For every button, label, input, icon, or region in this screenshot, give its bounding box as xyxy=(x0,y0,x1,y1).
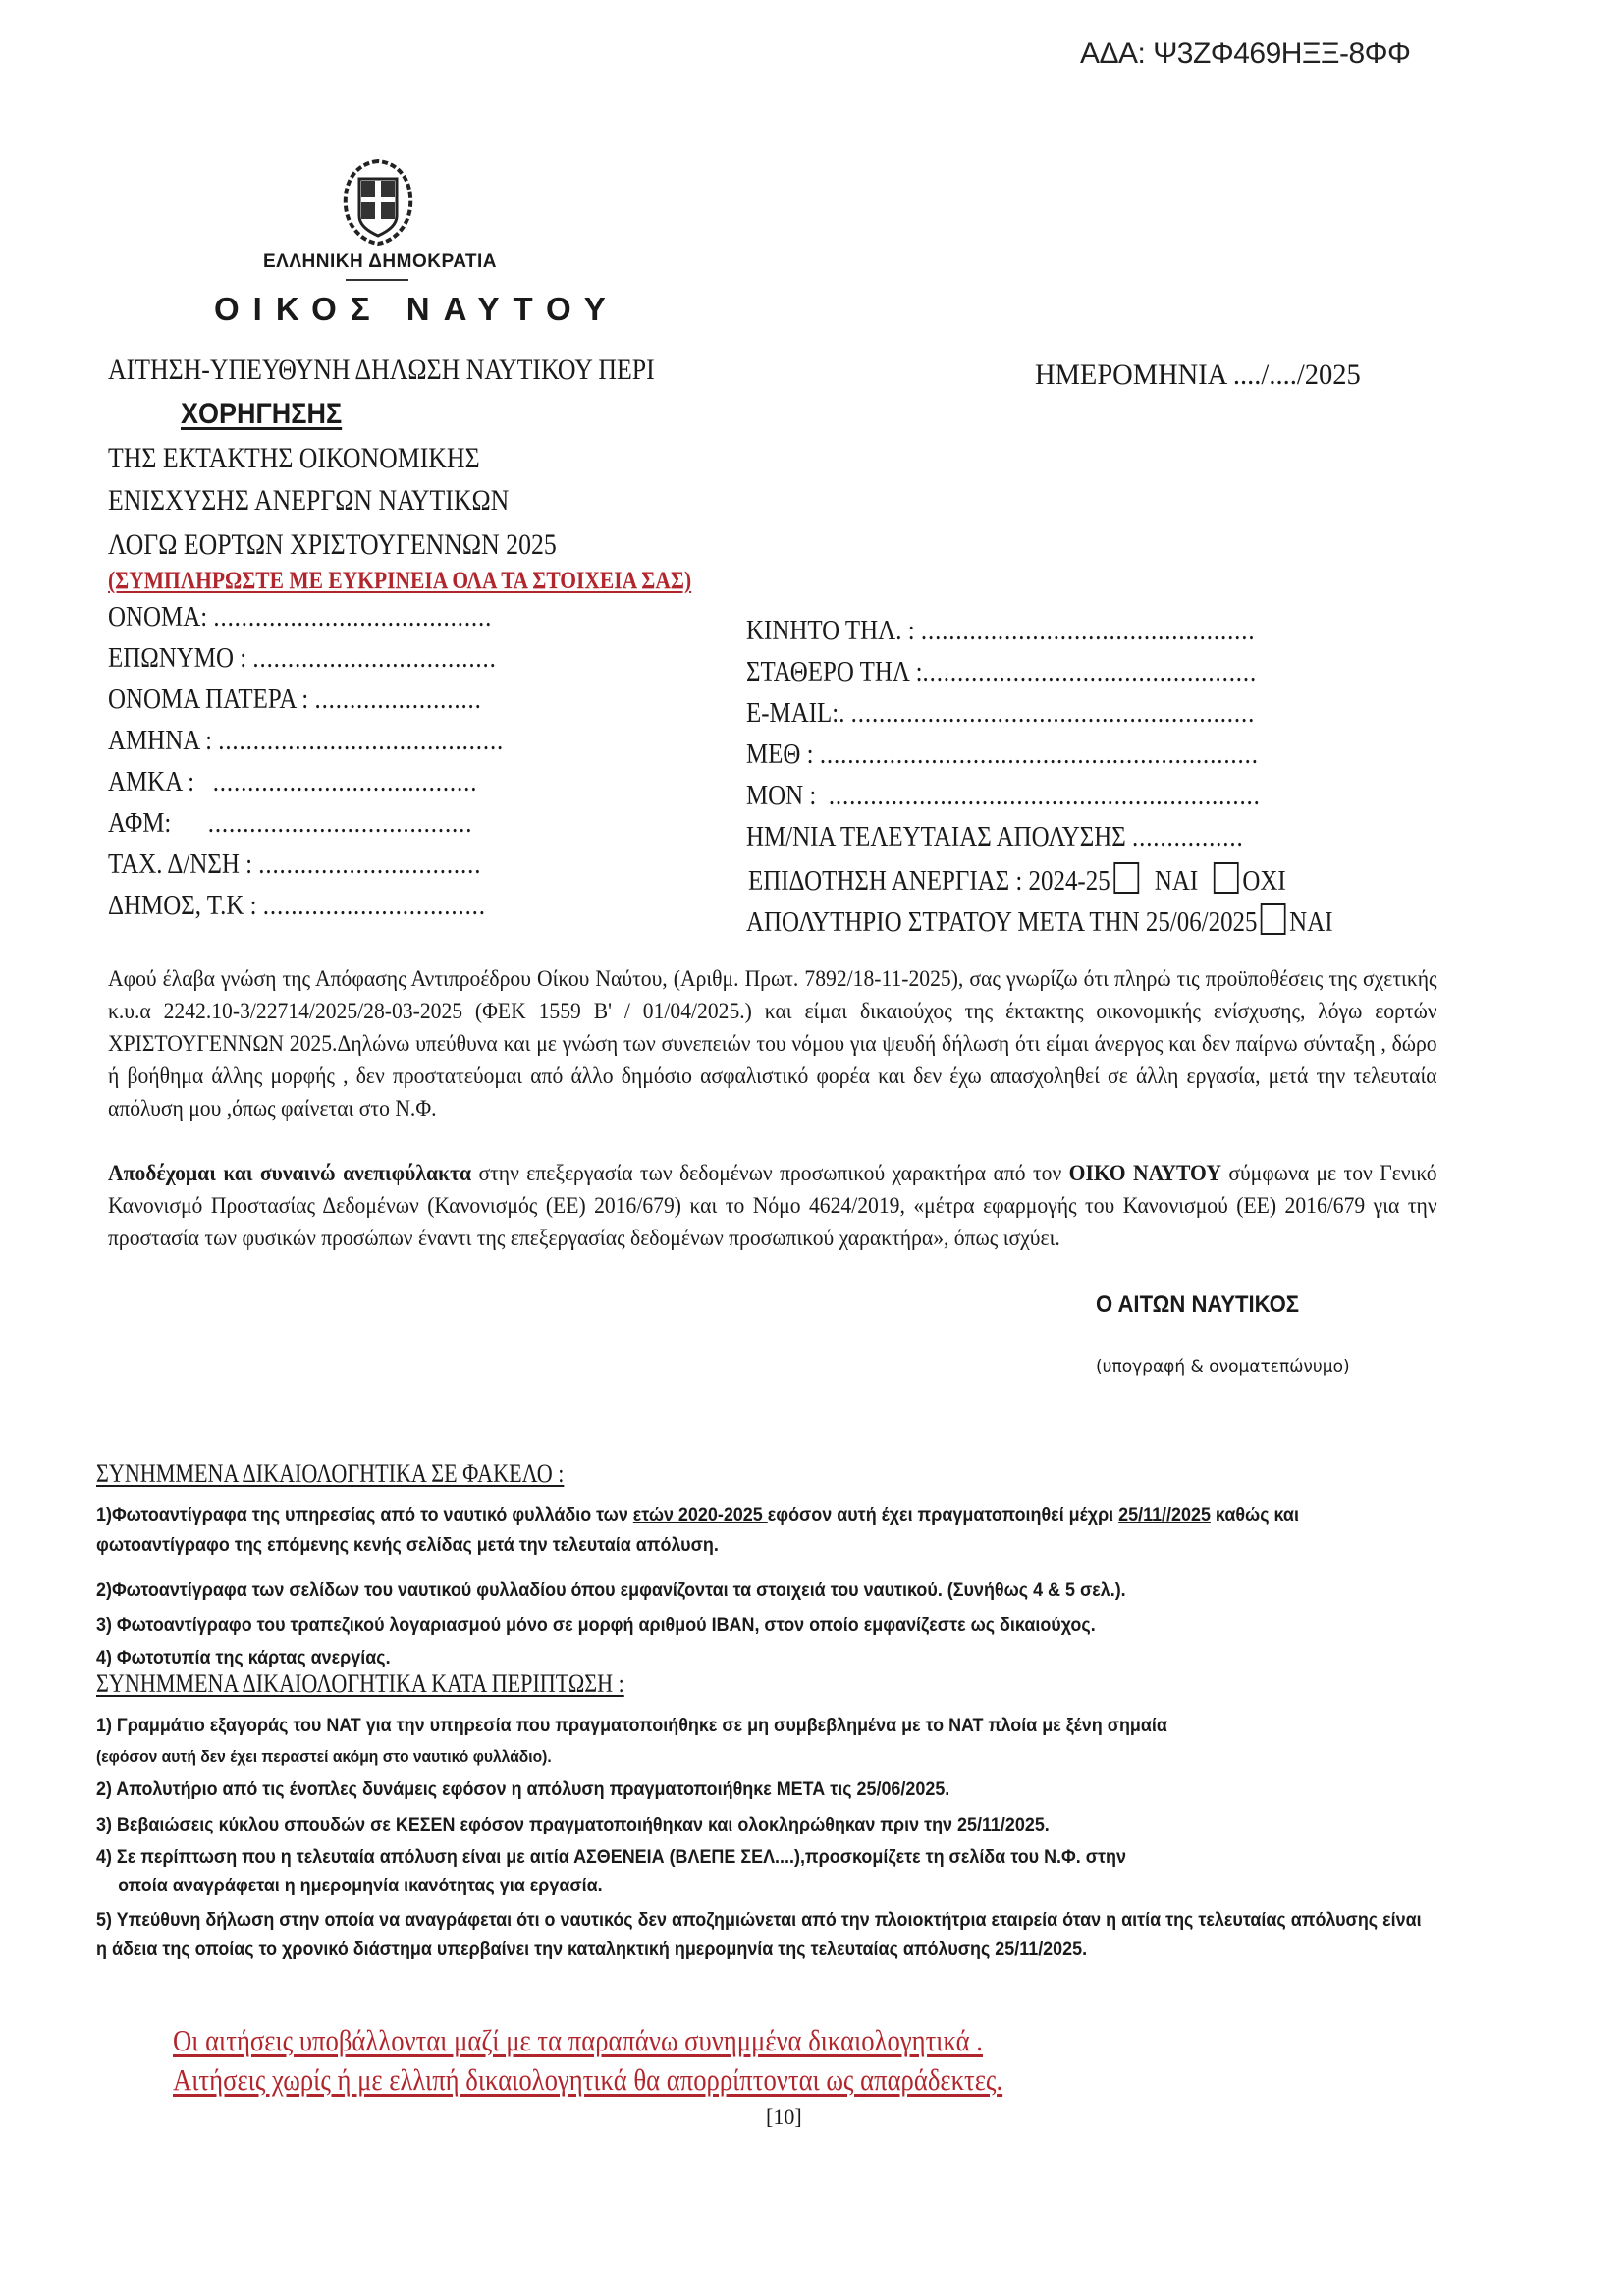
field-amina[interactable]: ΑΜΗΝΑ : ................................… xyxy=(108,725,504,757)
date-value[interactable]: ..../..../2025 xyxy=(1233,358,1361,391)
page-number: [10] xyxy=(766,2105,802,2130)
submission-note: Οι αιτήσεις υποβάλλονται μαζί με τα παρα… xyxy=(173,2023,983,2058)
field-address[interactable]: ΤΑΧ. Δ/ΝΣΗ : ...........................… xyxy=(108,848,481,881)
case-item-3: 3) Βεβαιώσεις κύκλου σπουδών σε ΚΕΣΕΝ εφ… xyxy=(96,1810,1434,1839)
envelope-item-4: 4) Φωτοτυπία της κάρτας ανεργίας. xyxy=(96,1643,1434,1672)
signature-note: (υπογραφή & ονοματεπώνυμο) xyxy=(1096,1357,1350,1377)
attachments-envelope-heading: ΣΥΝΗΜΜΕΝΑ ΔΙΚΑΙΟΛΟΓΗΤΙΚΑ ΣΕ ΦΑΚΕΛΟ : xyxy=(96,1459,564,1489)
unemployment-no-label: ΟΧΙ xyxy=(1242,865,1285,897)
military-yes-checkbox[interactable] xyxy=(1261,903,1286,935)
field-afm[interactable]: ΑΦΜ: ...................................… xyxy=(108,807,472,840)
organization-name: ΟΙΚΟΣ ΝΑΥΤΟΥ xyxy=(214,291,620,328)
case-item-4: 4) Σε περίπτωση που η τελευταία απόλυση … xyxy=(96,1842,1434,1872)
republic-label: ΕΛΛΗΝΙΚΗ ΔΗΜΟΚΡΑΤΙΑ xyxy=(263,251,497,273)
unemployment-yes-checkbox[interactable] xyxy=(1113,862,1139,894)
attachments-case-heading: ΣΥΝΗΜΜΕΝΑ ΔΙΚΑΙΟΛΟΓΗΤΙΚΑ ΚΑΤΑ ΠΕΡΙΠΤΩΣΗ … xyxy=(96,1669,624,1699)
date-field[interactable]: ΗΜΕΡΟΜΗΝΙΑ ..../..../2025 xyxy=(1035,358,1361,392)
envelope-item-1: 1)Φωτοαντίγραφα της υπηρεσίας από το ναυ… xyxy=(96,1501,1434,1559)
field-last-discharge-date[interactable]: ΗΜ/ΝΙΑ ΤΕΛΕΥΤΑΙΑΣ ΑΠΟΛΥΣΗΣ .............… xyxy=(746,821,1244,853)
form-title-line-3: ΤΗΣ ΕΚΤΑΚΤΗΣ ΟΙΚΟΝΟΜΙΚΗΣ xyxy=(108,442,480,475)
field-father-name[interactable]: ΟΝΟΜΑ ΠΑΤΕΡΑ : ........................ xyxy=(108,683,482,716)
unemployment-benefit-row: ΕΠΙΔΟΤΗΣΗ ΑΝΕΡΓΙΑΣ : 2024-25 ΝΑΙ ΟΧΙ xyxy=(748,862,1286,898)
military-discharge-row: ΑΠΟΛΥΤΗΡΙΟ ΣΤΡΑΤΟΥ ΜΕΤΑ ΤΗΝ 25/06/2025ΝΑ… xyxy=(746,903,1333,939)
consent-bold-start: Αποδέχομαι και συναινώ ανεπιφύλακτα xyxy=(108,1161,471,1185)
field-meth[interactable]: ΜΕΘ : ..................................… xyxy=(746,738,1259,771)
signer-title: Ο ΑΙΤΩΝ ΝΑΥΤΙΚΟΣ xyxy=(1096,1291,1299,1319)
case-item-1-note: (εφόσον αυτή δεν έχει περαστεί ακόμη στο… xyxy=(96,1742,1434,1772)
rejection-note: Αιτήσεις χωρίς ή με ελλιπή δικαιολογητικ… xyxy=(173,2062,1002,2098)
consent-org: ΟΙΚΟ ΝΑΥΤΟΥ xyxy=(1069,1161,1221,1185)
form-title-line-1: ΑΙΤΗΣΗ-ΥΠΕΥΘΥΝΗ ΔΗΛΩΣΗ ΝΑΥΤΙΚΟΥ ΠΕΡΙ xyxy=(108,354,655,387)
case-item-5: 5) Υπεύθυνη δήλωση στην οποία να αναγράφ… xyxy=(96,1905,1434,1964)
divider xyxy=(346,279,408,281)
date-label: ΗΜΕΡΟΜΗΝΙΑ xyxy=(1035,358,1226,391)
case-item-2: 2) Απολυτήριο από τις ένοπλες δυνάμεις ε… xyxy=(96,1775,1434,1804)
field-amka[interactable]: ΑΜΚΑ : .................................… xyxy=(108,766,477,798)
form-title-line-2: ΧΟΡΗΓΗΣΗΣ xyxy=(181,398,342,431)
ada-code: ΑΔΑ: Ψ3ΖΦ469ΗΞΞ-8ΦΦ xyxy=(1080,37,1411,71)
unemployment-no-checkbox[interactable] xyxy=(1214,862,1239,894)
field-mobile-phone[interactable]: ΚΙΝΗΤΟ ΤΗΛ. : ..........................… xyxy=(746,615,1255,647)
form-title-line-5: ΛΟΓΩ ΕΟΡΤΩΝ ΧΡΙΣΤΟΥΓΕΝΝΩΝ 2025 xyxy=(108,528,557,562)
field-municipality-zip[interactable]: ΔΗΜΟΣ, Τ.Κ : ...........................… xyxy=(108,890,486,922)
envelope-item-3: 3) Φωτοαντίγραφο του τραπεζικού λογαριασ… xyxy=(96,1611,1434,1640)
unemployment-yes-label: ΝΑΙ xyxy=(1155,865,1198,897)
declaration-paragraph: Αφού έλαβα γνώση της Απόφασης Αντιπροέδρ… xyxy=(108,962,1437,1124)
field-mon[interactable]: ΜΟΝ : ..................................… xyxy=(746,780,1261,812)
field-first-name[interactable]: ΟΝΟΜΑ: .................................… xyxy=(108,601,492,633)
field-landline-phone[interactable]: ΣΤΑΘΕΡΟ ΤΗΛ :...........................… xyxy=(746,656,1257,688)
case-item-1: 1) Γραμμάτιο εξαγοράς του ΝΑΤ για την υπ… xyxy=(96,1711,1434,1740)
unemployment-label: ΕΠΙΔΟΤΗΣΗ ΑΝΕΡΓΙΑΣ : 2024-25 xyxy=(748,865,1110,897)
military-yes-label: ΝΑΙ xyxy=(1289,906,1332,938)
form-title-line-4: ΕΝΙΣΧΥΣΗΣ ΑΝΕΡΓΩΝ ΝΑΥΤΙΚΩΝ xyxy=(108,484,509,518)
fill-instruction: (ΣΥΜΠΛΗΡΩΣΤΕ ΜΕ ΕΥΚΡΙΝΕΙΑ ΟΛΑ ΤΑ ΣΤΟΙΧΕΙ… xyxy=(108,568,691,595)
consent-paragraph: Αποδέχομαι και συναινώ ανεπιφύλακτα στην… xyxy=(108,1157,1437,1254)
field-email[interactable]: E-MAIL:. ...............................… xyxy=(746,697,1255,730)
greek-coat-of-arms-icon xyxy=(334,157,422,247)
case-item-4-cont: οποία αναγράφεται η ημερομηνία ικανότητα… xyxy=(96,1871,1455,1900)
military-label: ΑΠΟΛΥΤΗΡΙΟ ΣΤΡΑΤΟΥ ΜΕΤΑ ΤΗΝ 25/06/2025 xyxy=(746,906,1258,938)
envelope-item-2: 2)Φωτοαντίγραφα των σελίδων του ναυτικού… xyxy=(96,1575,1434,1605)
field-surname[interactable]: ΕΠΩΝΥΜΟ : ..............................… xyxy=(108,642,497,675)
